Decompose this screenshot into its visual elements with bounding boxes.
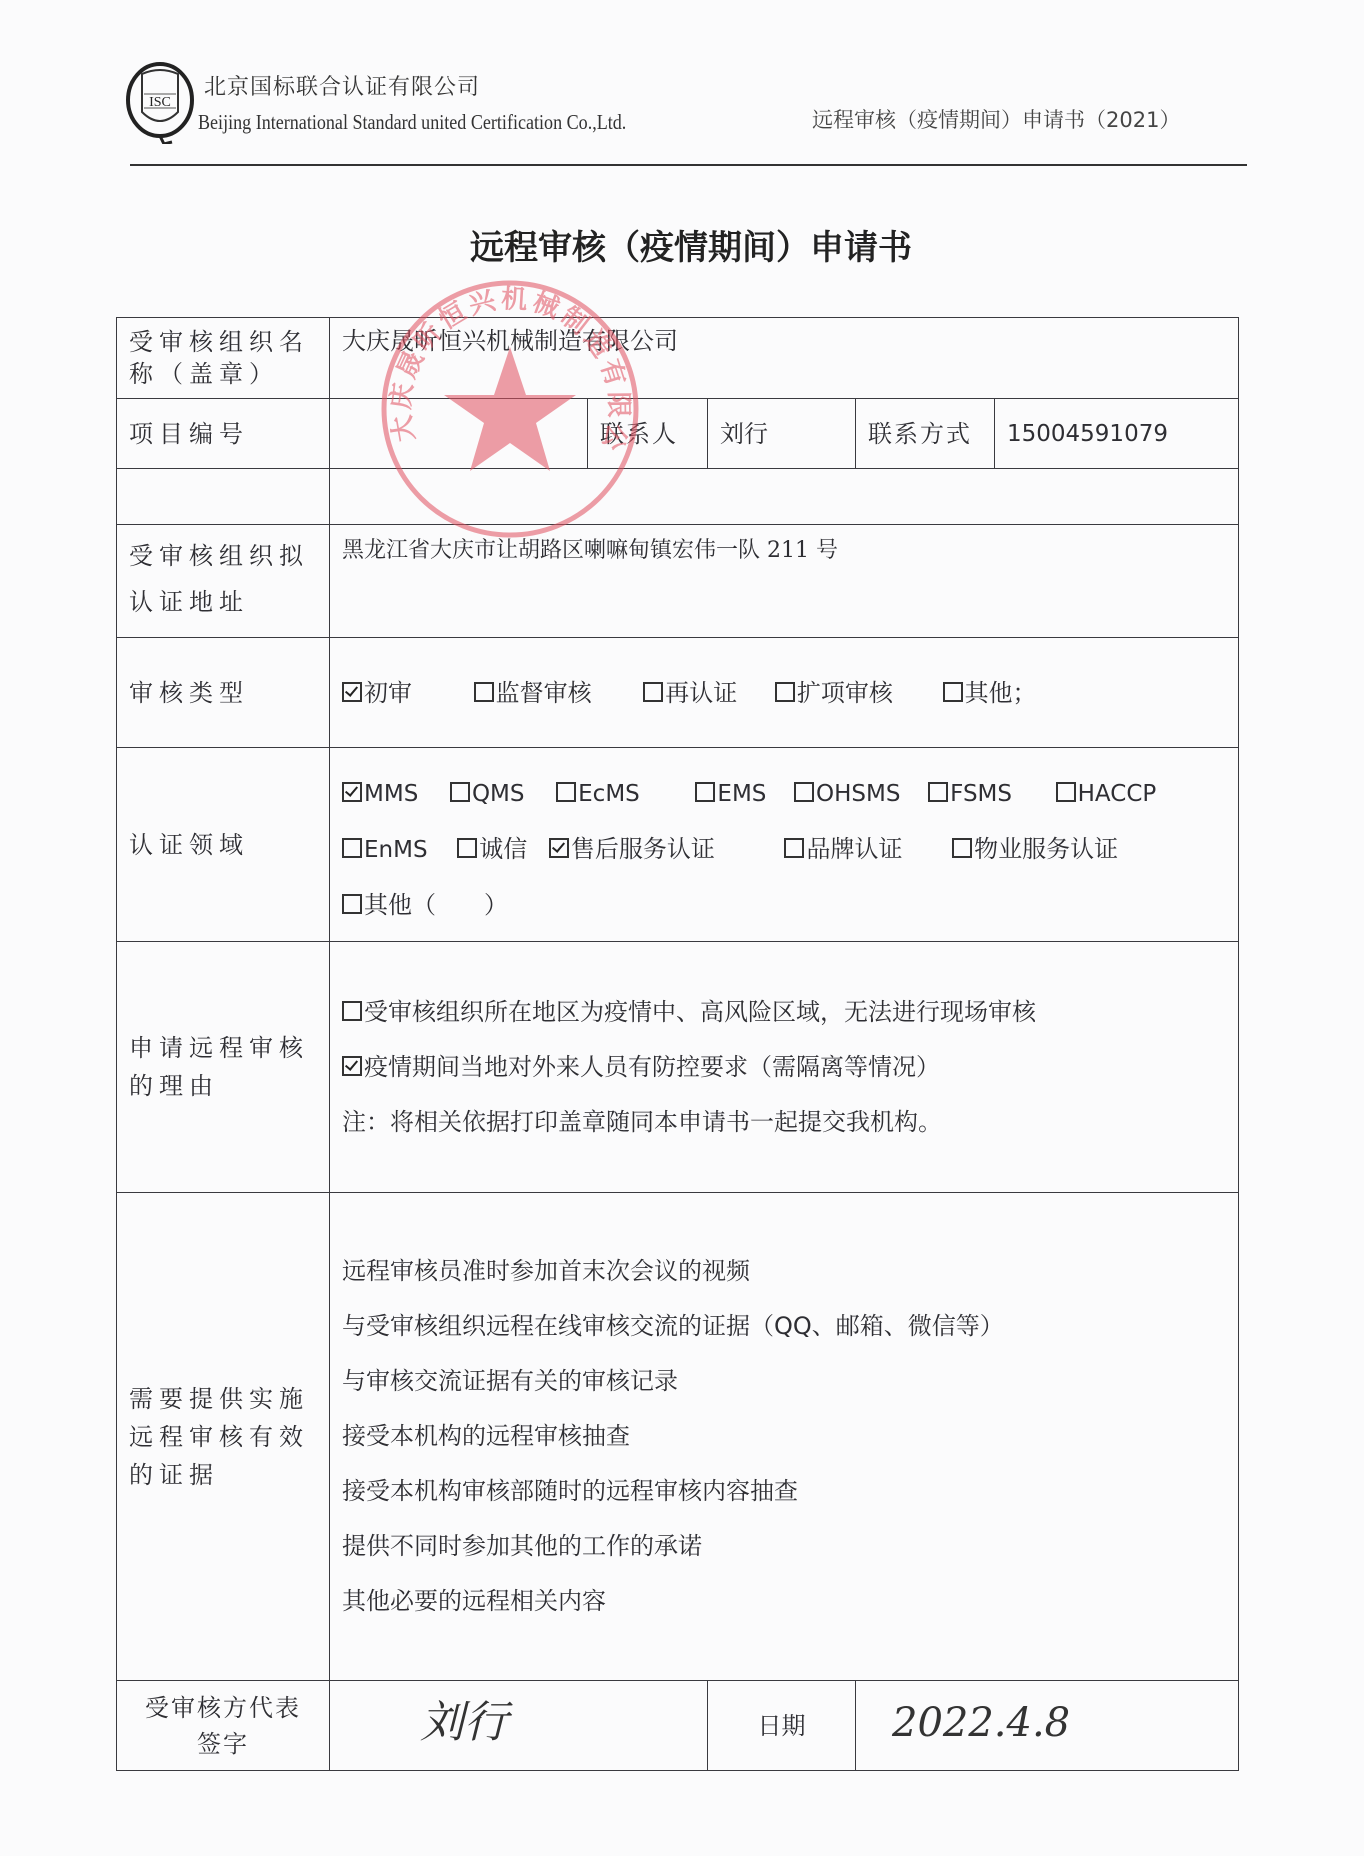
- checkbox-high-risk-area[interactable]: 受审核组织所在地区为疫情中、高风险区域，无法进行现场审核: [342, 985, 1226, 1040]
- checkbox-empty-icon: [695, 782, 715, 802]
- checkbox-checked-icon: [342, 682, 362, 702]
- evidence-list: 远程审核员准时参加首末次会议的视频 与受审核组织远程在线审核交流的证据（QQ、邮…: [330, 1193, 1239, 1681]
- blank-label: [117, 469, 330, 525]
- checkbox-checked-icon: [342, 1056, 362, 1076]
- checkbox-empty-icon: [775, 682, 795, 702]
- page-title: 远程审核（疫情期间）申请书: [0, 220, 1364, 269]
- blank-value[interactable]: [330, 469, 1239, 525]
- project-no-value[interactable]: [330, 399, 588, 469]
- reason-label: 申请远程审核的理由: [117, 942, 330, 1193]
- evidence-item: 接受本机构审核部随时的远程审核内容抽查: [342, 1464, 1226, 1519]
- cert-field-options: MMS QMS EcMS EMS OHSMS FSMS HACCP EnMS 诚…: [330, 748, 1239, 942]
- audit-type-options: 初审 监督审核 再认证 扩项审核 其他；: [330, 638, 1239, 748]
- checkbox-brand-cert[interactable]: 品牌认证: [784, 822, 902, 877]
- org-name-value[interactable]: 大庆晟昕恒兴机械制造有限公司: [330, 318, 1239, 399]
- checkbox-empty-icon: [450, 782, 470, 802]
- audit-type-label: 审核类型: [117, 638, 330, 748]
- checkbox-empty-icon: [342, 838, 362, 858]
- evidence-item: 接受本机构的远程审核抽查: [342, 1409, 1226, 1464]
- cert-field-line-1: MMS QMS EcMS EMS OHSMS FSMS HACCP: [342, 766, 1226, 822]
- checkbox-empty-icon: [794, 782, 814, 802]
- evidence-item: 与审核交流证据有关的审核记录: [342, 1354, 1226, 1409]
- checkbox-qms[interactable]: QMS: [450, 767, 525, 822]
- row-org-name: 受审核组织名称（盖章） 大庆晟昕恒兴机械制造有限公司: [117, 318, 1239, 399]
- row-reason: 申请远程审核的理由 受审核组织所在地区为疫情中、高风险区域，无法进行现场审核 疫…: [117, 942, 1239, 1193]
- checkbox-checked-icon: [549, 838, 569, 858]
- application-form: 受审核组织名称（盖章） 大庆晟昕恒兴机械制造有限公司 项目编号 联系人 刘行 联…: [116, 317, 1238, 1771]
- checkbox-empty-icon: [1056, 782, 1076, 802]
- contact-info-label: 联系方式: [856, 399, 995, 469]
- evidence-label: 需要提供实施远程审核有效的证据: [117, 1193, 330, 1681]
- contact-info-value[interactable]: 15004591079: [995, 399, 1239, 469]
- checkbox-haccp[interactable]: HACCP: [1056, 767, 1157, 822]
- checkbox-ems[interactable]: EMS: [695, 767, 766, 822]
- checkbox-field-other[interactable]: 其他（ ）: [342, 878, 508, 933]
- evidence-item: 其他必要的远程相关内容: [342, 1574, 1226, 1629]
- isc-logo-icon: ISC: [124, 60, 196, 144]
- row-blank: [117, 469, 1239, 525]
- checkbox-checked-icon: [342, 782, 362, 802]
- reason-options: 受审核组织所在地区为疫情中、高风险区域，无法进行现场审核 疫情期间当地对外来人员…: [330, 942, 1239, 1193]
- signature-label: 受审核方代表签字: [117, 1681, 330, 1771]
- address-label: 受审核组织拟认证地址: [117, 525, 330, 638]
- row-project: 项目编号 联系人 刘行 联系方式 15004591079: [117, 399, 1239, 469]
- date-value[interactable]: 2022.4.8: [856, 1681, 1239, 1771]
- row-audit-type: 审核类型 初审 监督审核 再认证 扩项审核 其他；: [117, 638, 1239, 748]
- row-address: 受审核组织拟认证地址 黑龙江省大庆市让胡路区喇嘛甸镇宏伟一队 211 号: [117, 525, 1239, 638]
- row-evidence: 需要提供实施远程审核有效的证据 远程审核员准时参加首末次会议的视频 与受审核组织…: [117, 1193, 1239, 1681]
- checkbox-ecms[interactable]: EcMS: [556, 767, 640, 822]
- checkbox-empty-icon: [474, 682, 494, 702]
- checkbox-fsms[interactable]: FSMS: [928, 767, 1012, 822]
- checkbox-integrity[interactable]: 诚信: [457, 822, 527, 877]
- company-name-en: Beijing International Standard united Ce…: [198, 110, 626, 135]
- evidence-item: 与受审核组织远程在线审核交流的证据（QQ、邮箱、微信等）: [342, 1299, 1226, 1354]
- checkbox-initial-audit[interactable]: 初审: [342, 675, 412, 711]
- checkbox-empty-icon: [342, 1001, 362, 1021]
- cert-field-line-2: EnMS 诚信 售后服务认证 品牌认证 物业服务认证: [342, 822, 1226, 878]
- checkbox-empty-icon: [457, 838, 477, 858]
- checkbox-empty-icon: [928, 782, 948, 802]
- checkbox-surveillance-audit[interactable]: 监督审核: [474, 675, 592, 711]
- contact-person-value[interactable]: 刘行: [708, 399, 856, 469]
- isc-logo: ISC: [124, 60, 196, 144]
- reason-note: 注：将相关依据打印盖章随同本申请书一起提交我机构。: [342, 1095, 1226, 1150]
- row-signature: 受审核方代表签字 刘行 日期 2022.4.8: [117, 1681, 1239, 1771]
- checkbox-empty-icon: [784, 838, 804, 858]
- date-label: 日期: [708, 1681, 856, 1771]
- checkbox-recertification[interactable]: 再认证: [643, 675, 737, 711]
- contact-person-label: 联系人: [588, 399, 708, 469]
- checkbox-mms[interactable]: MMS: [342, 767, 418, 822]
- checkbox-empty-icon: [643, 682, 663, 702]
- checkbox-empty-icon: [943, 682, 963, 702]
- row-cert-field: 认证领域 MMS QMS EcMS EMS OHSMS FSMS HACCP E…: [117, 748, 1239, 942]
- checkbox-empty-icon: [952, 838, 972, 858]
- checkbox-empty-icon: [556, 782, 576, 802]
- checkbox-empty-icon: [342, 894, 362, 914]
- checkbox-property-service[interactable]: 物业服务认证: [952, 822, 1118, 877]
- cert-field-line-3: 其他（ ）: [342, 878, 1226, 933]
- address-value[interactable]: 黑龙江省大庆市让胡路区喇嘛甸镇宏伟一队 211 号: [330, 525, 1239, 638]
- company-name-cn: 北京国标联合认证有限公司: [204, 70, 480, 101]
- document-code: 远程审核（疫情期间）申请书（2021）: [812, 104, 1180, 134]
- project-no-label: 项目编号: [117, 399, 330, 469]
- evidence-item: 提供不同时参加其他的工作的承诺: [342, 1519, 1226, 1574]
- checkbox-audit-other[interactable]: 其他；: [943, 675, 1037, 711]
- header-divider: [130, 164, 1247, 166]
- checkbox-scope-extension[interactable]: 扩项审核: [775, 675, 893, 711]
- checkbox-ohsms[interactable]: OHSMS: [794, 767, 900, 822]
- cert-field-label: 认证领域: [117, 748, 330, 942]
- signature-value[interactable]: 刘行: [330, 1681, 708, 1771]
- checkbox-quarantine-requirement[interactable]: 疫情期间当地对外来人员有防控要求（需隔离等情况）: [342, 1040, 1226, 1095]
- svg-text:ISC: ISC: [149, 95, 171, 110]
- checkbox-enms[interactable]: EnMS: [342, 823, 428, 878]
- org-name-label: 受审核组织名称（盖章）: [117, 318, 330, 399]
- evidence-item: 远程审核员准时参加首末次会议的视频: [342, 1244, 1226, 1299]
- checkbox-after-sales-service[interactable]: 售后服务认证: [549, 822, 715, 877]
